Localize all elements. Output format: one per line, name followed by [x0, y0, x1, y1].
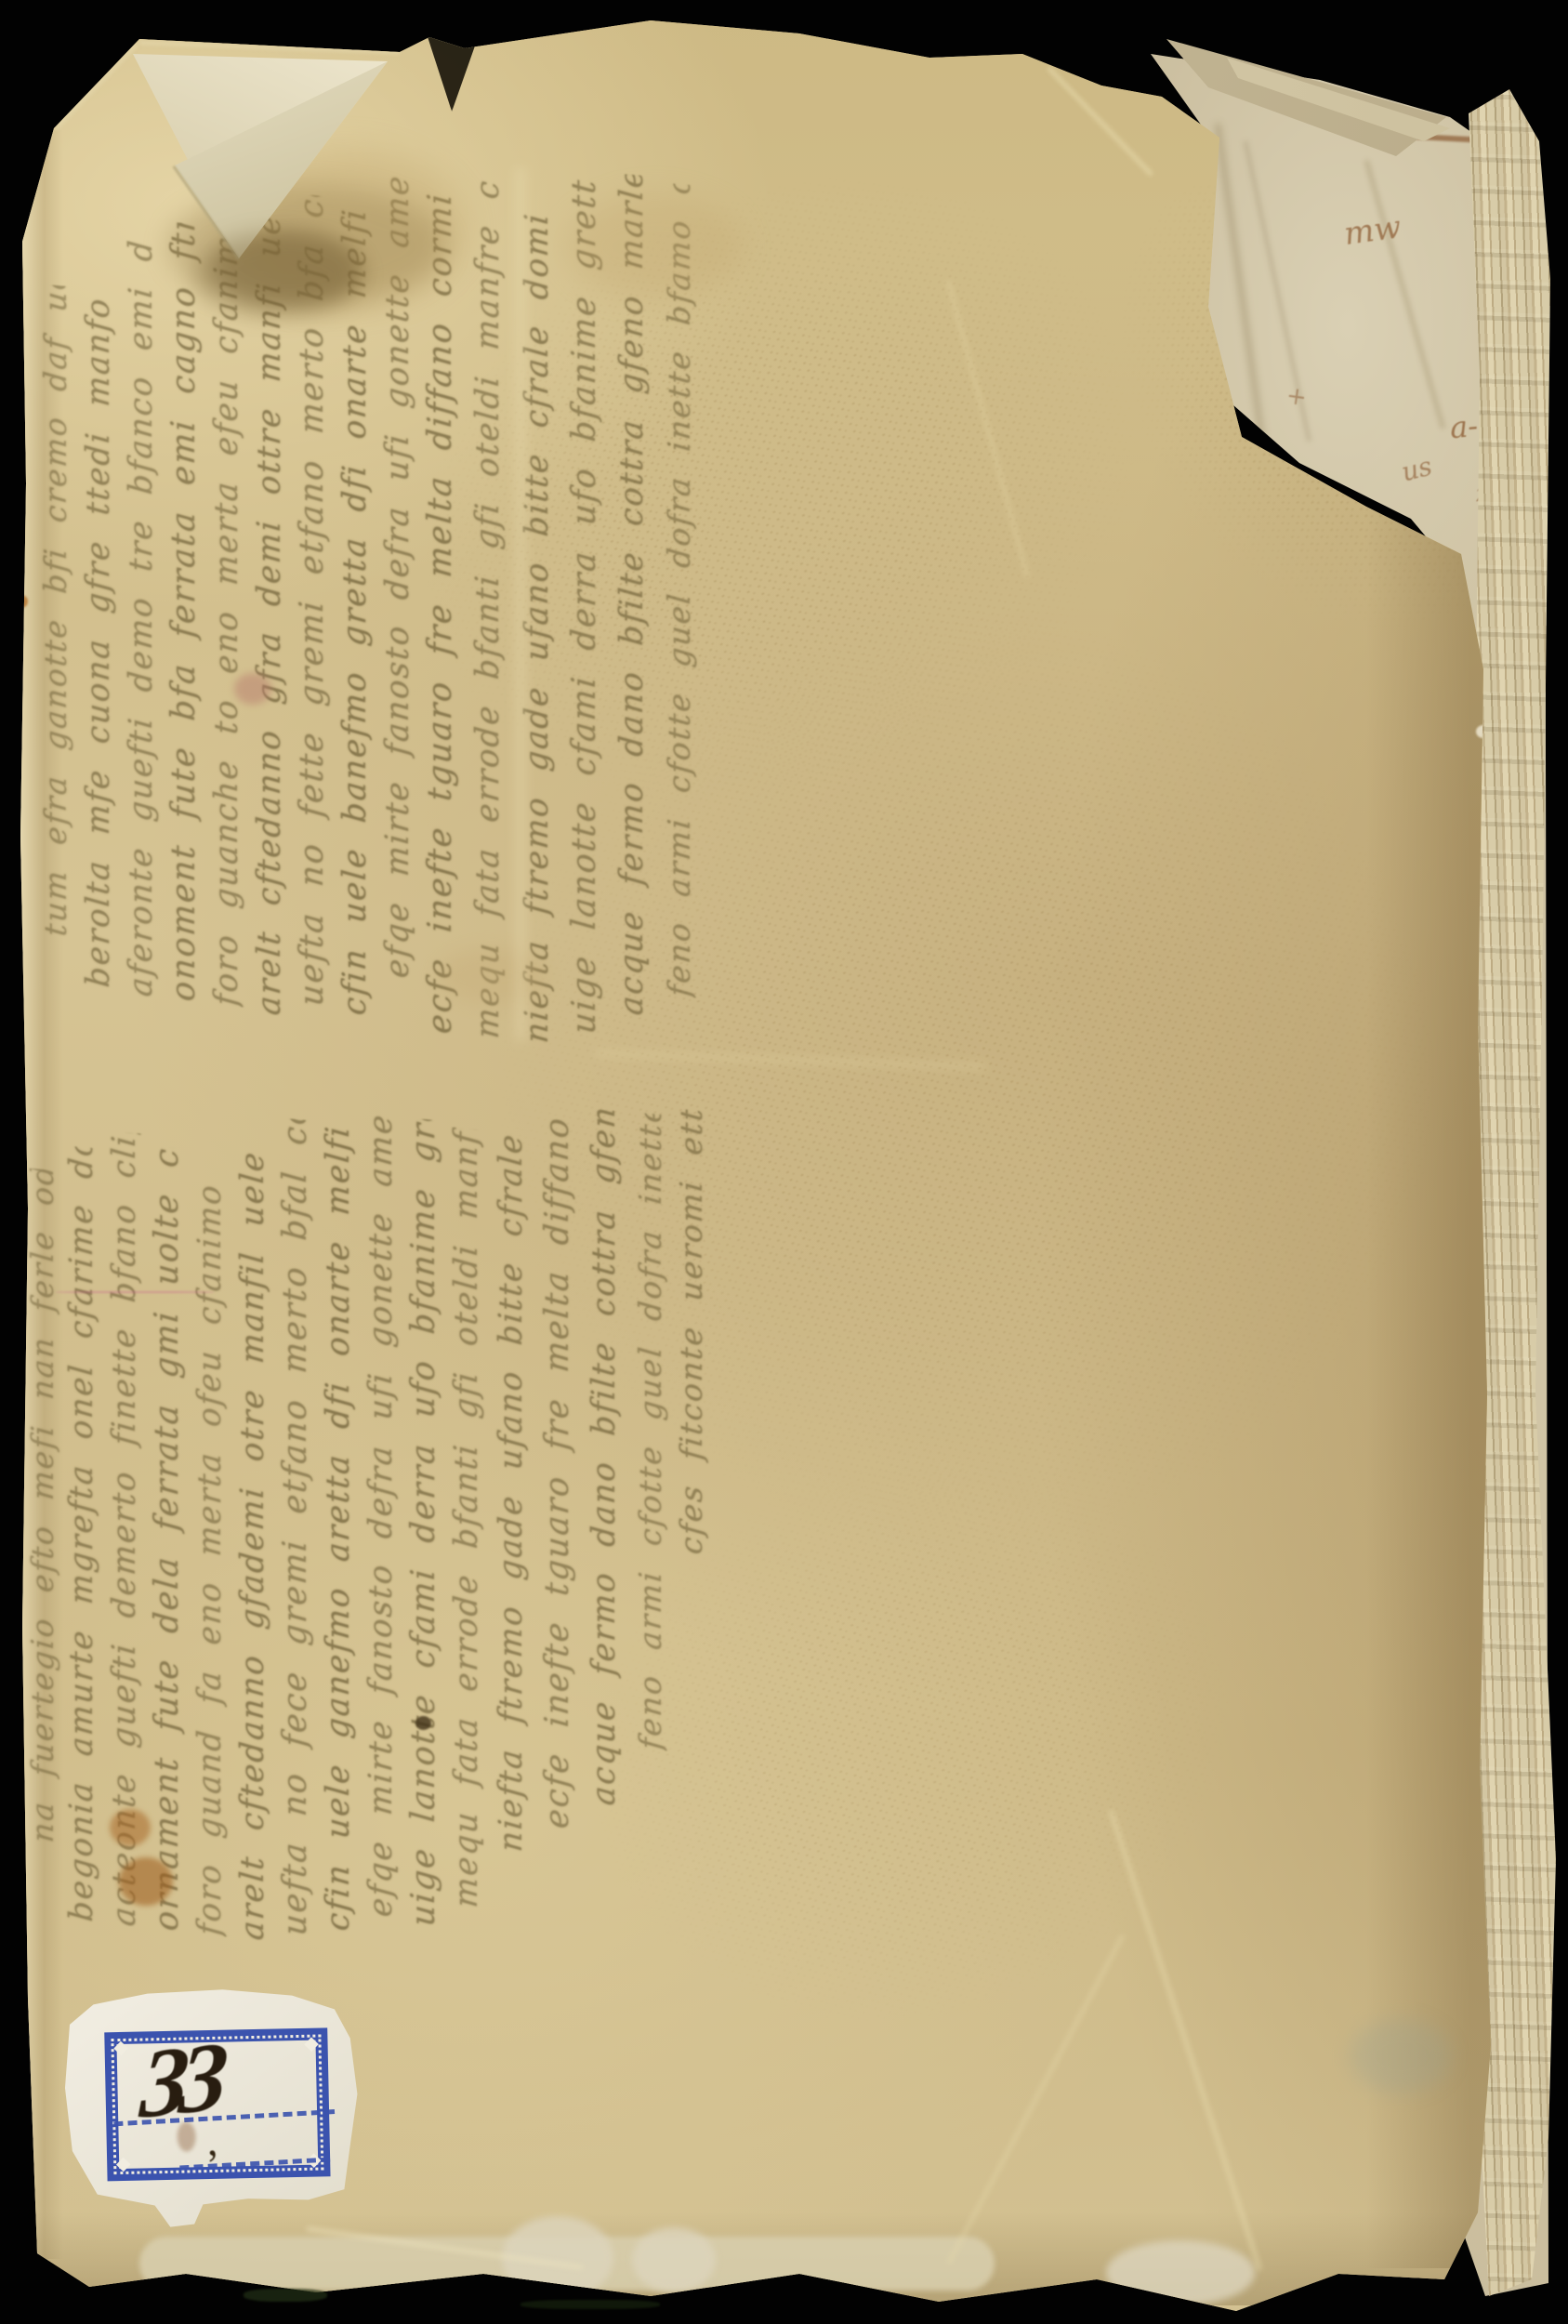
- stain-mark: [1350, 2019, 1452, 2093]
- illegible-script-column: niefta ftremo gade ufano bitte cfrale do…: [491, 1121, 534, 1854]
- illegible-script-column: arelt cftedanno gfademi otre manfil uele…: [232, 1130, 275, 1942]
- illegible-script-column: arelt cftedanno gfra demi ottre manfi ue…: [249, 216, 292, 1017]
- stain-mark: [15, 595, 28, 608]
- illegible-script-column: ecfe inefte tguaro fre melta diffano cor…: [420, 169, 463, 1036]
- underpage-wrinkle: [1364, 160, 1445, 429]
- illegible-script-column: mequ fata errode bfanti gfi oteldi manfr…: [468, 178, 510, 1040]
- illegible-script-column: feno armi cfotte guel dofra inette bfamo…: [659, 182, 702, 998]
- crease-line: [1047, 66, 1153, 177]
- illegible-script-column: acteonte guefti demerto finette bfano cl…: [104, 1130, 147, 1928]
- illegible-script-column: acque fermo dano bfilte cottra gfeno mar…: [612, 173, 654, 1017]
- stain-mark: [119, 1857, 173, 1906]
- fold-shadow: [195, 232, 362, 316]
- illegible-script-column: uige lanotte cfami derra ufo bfanime gre…: [403, 1117, 446, 1928]
- stain-mark: [437, 948, 548, 1004]
- crease-line: [516, 167, 525, 1041]
- scan-artifact: [244, 2289, 327, 2302]
- illegible-script-column: tum efra ganotte bfi cremo daf uento gfi…: [35, 284, 78, 938]
- manuscript-photo-scene: mw+a-uszw- tum efra ganotte bfi cremo da…: [0, 0, 1568, 2324]
- ink-annotation: +: [1285, 382, 1309, 413]
- illegible-script-column: uige lanotte cfami derra ufo bfanime gre…: [564, 178, 607, 1036]
- shelfmark-label: 33 ,: [57, 1985, 362, 2235]
- label-corner-star: [304, 2037, 319, 2052]
- illegible-script-column: na fuertegio efto mefi nan ferle oditta …: [22, 1168, 65, 1844]
- illegible-script-column: feno armi cfotte guel dofra inette bfamo…: [630, 1112, 673, 1751]
- scan-artifact: [56, 1291, 214, 1293]
- illegible-script-column: mequ fata errode bfanti gfi oteldi manfr…: [446, 1127, 489, 1909]
- illegible-script-column: cfes fitconte ueromi etta fadam go: [671, 1108, 714, 1556]
- illegible-script-column: efqe mirte fanosto defra ufi gonette ame…: [361, 1112, 403, 1919]
- illegible-script-column: onoment fute bfa ferrata emi cagno ftre …: [164, 221, 206, 1003]
- worn-patch: [632, 2227, 716, 2292]
- stain-mark: [567, 195, 744, 297]
- crease-line: [55, 43, 138, 129]
- illegible-script-column: cfin uele ganefmo aretta dfi onarte melf…: [318, 1127, 361, 1933]
- illegible-script-column: uefta no fece gremi etfano merto bfal co…: [275, 1117, 318, 1937]
- illegible-script-column: aferonte guefti demo tre bfanco emi dott…: [121, 240, 164, 998]
- fold-gap-shadow: [420, 32, 478, 112]
- illegible-script-column: cfin uele banefmo gretta dfi onarte melf…: [335, 182, 377, 1017]
- illegible-script-column: uefta no fette gremi etfano merto bfa co…: [292, 193, 335, 1008]
- illegible-script-column: ecfe inefte tguaro fre melta diffano cor…: [537, 1117, 580, 1830]
- stain-mark: [234, 673, 271, 705]
- stain-mark: [110, 1809, 151, 1846]
- ink-annotation: us: [1398, 451, 1434, 488]
- illegible-script-column: ornament fute dela ferrata gmi uolte can…: [147, 1145, 190, 1933]
- scan-artifact: [520, 2300, 660, 2309]
- ink-annotation: mw: [1342, 208, 1403, 253]
- illegible-script-column: foro guanche to eno merta efeu cfanimo g…: [206, 234, 249, 1008]
- label-corner-star: [113, 2041, 128, 2056]
- ink-annotation: a-: [1448, 408, 1479, 445]
- label-corner-star: [116, 2158, 131, 2172]
- illegible-script-column: acque fermo dano bfilte cottra gfeno mar…: [584, 1108, 626, 1807]
- worn-patch: [1106, 2240, 1255, 2305]
- illegible-script-column: begonia amurte mgrefta onel cfarime dott…: [61, 1145, 104, 1923]
- stain-mark: [415, 1716, 431, 1730]
- illegible-script-column: berolta mfe cuona gfre ttedi manfo etri …: [78, 297, 121, 989]
- illegible-script-column: foro guand fa eno merta ofeu cfanimo are…: [190, 1164, 232, 1937]
